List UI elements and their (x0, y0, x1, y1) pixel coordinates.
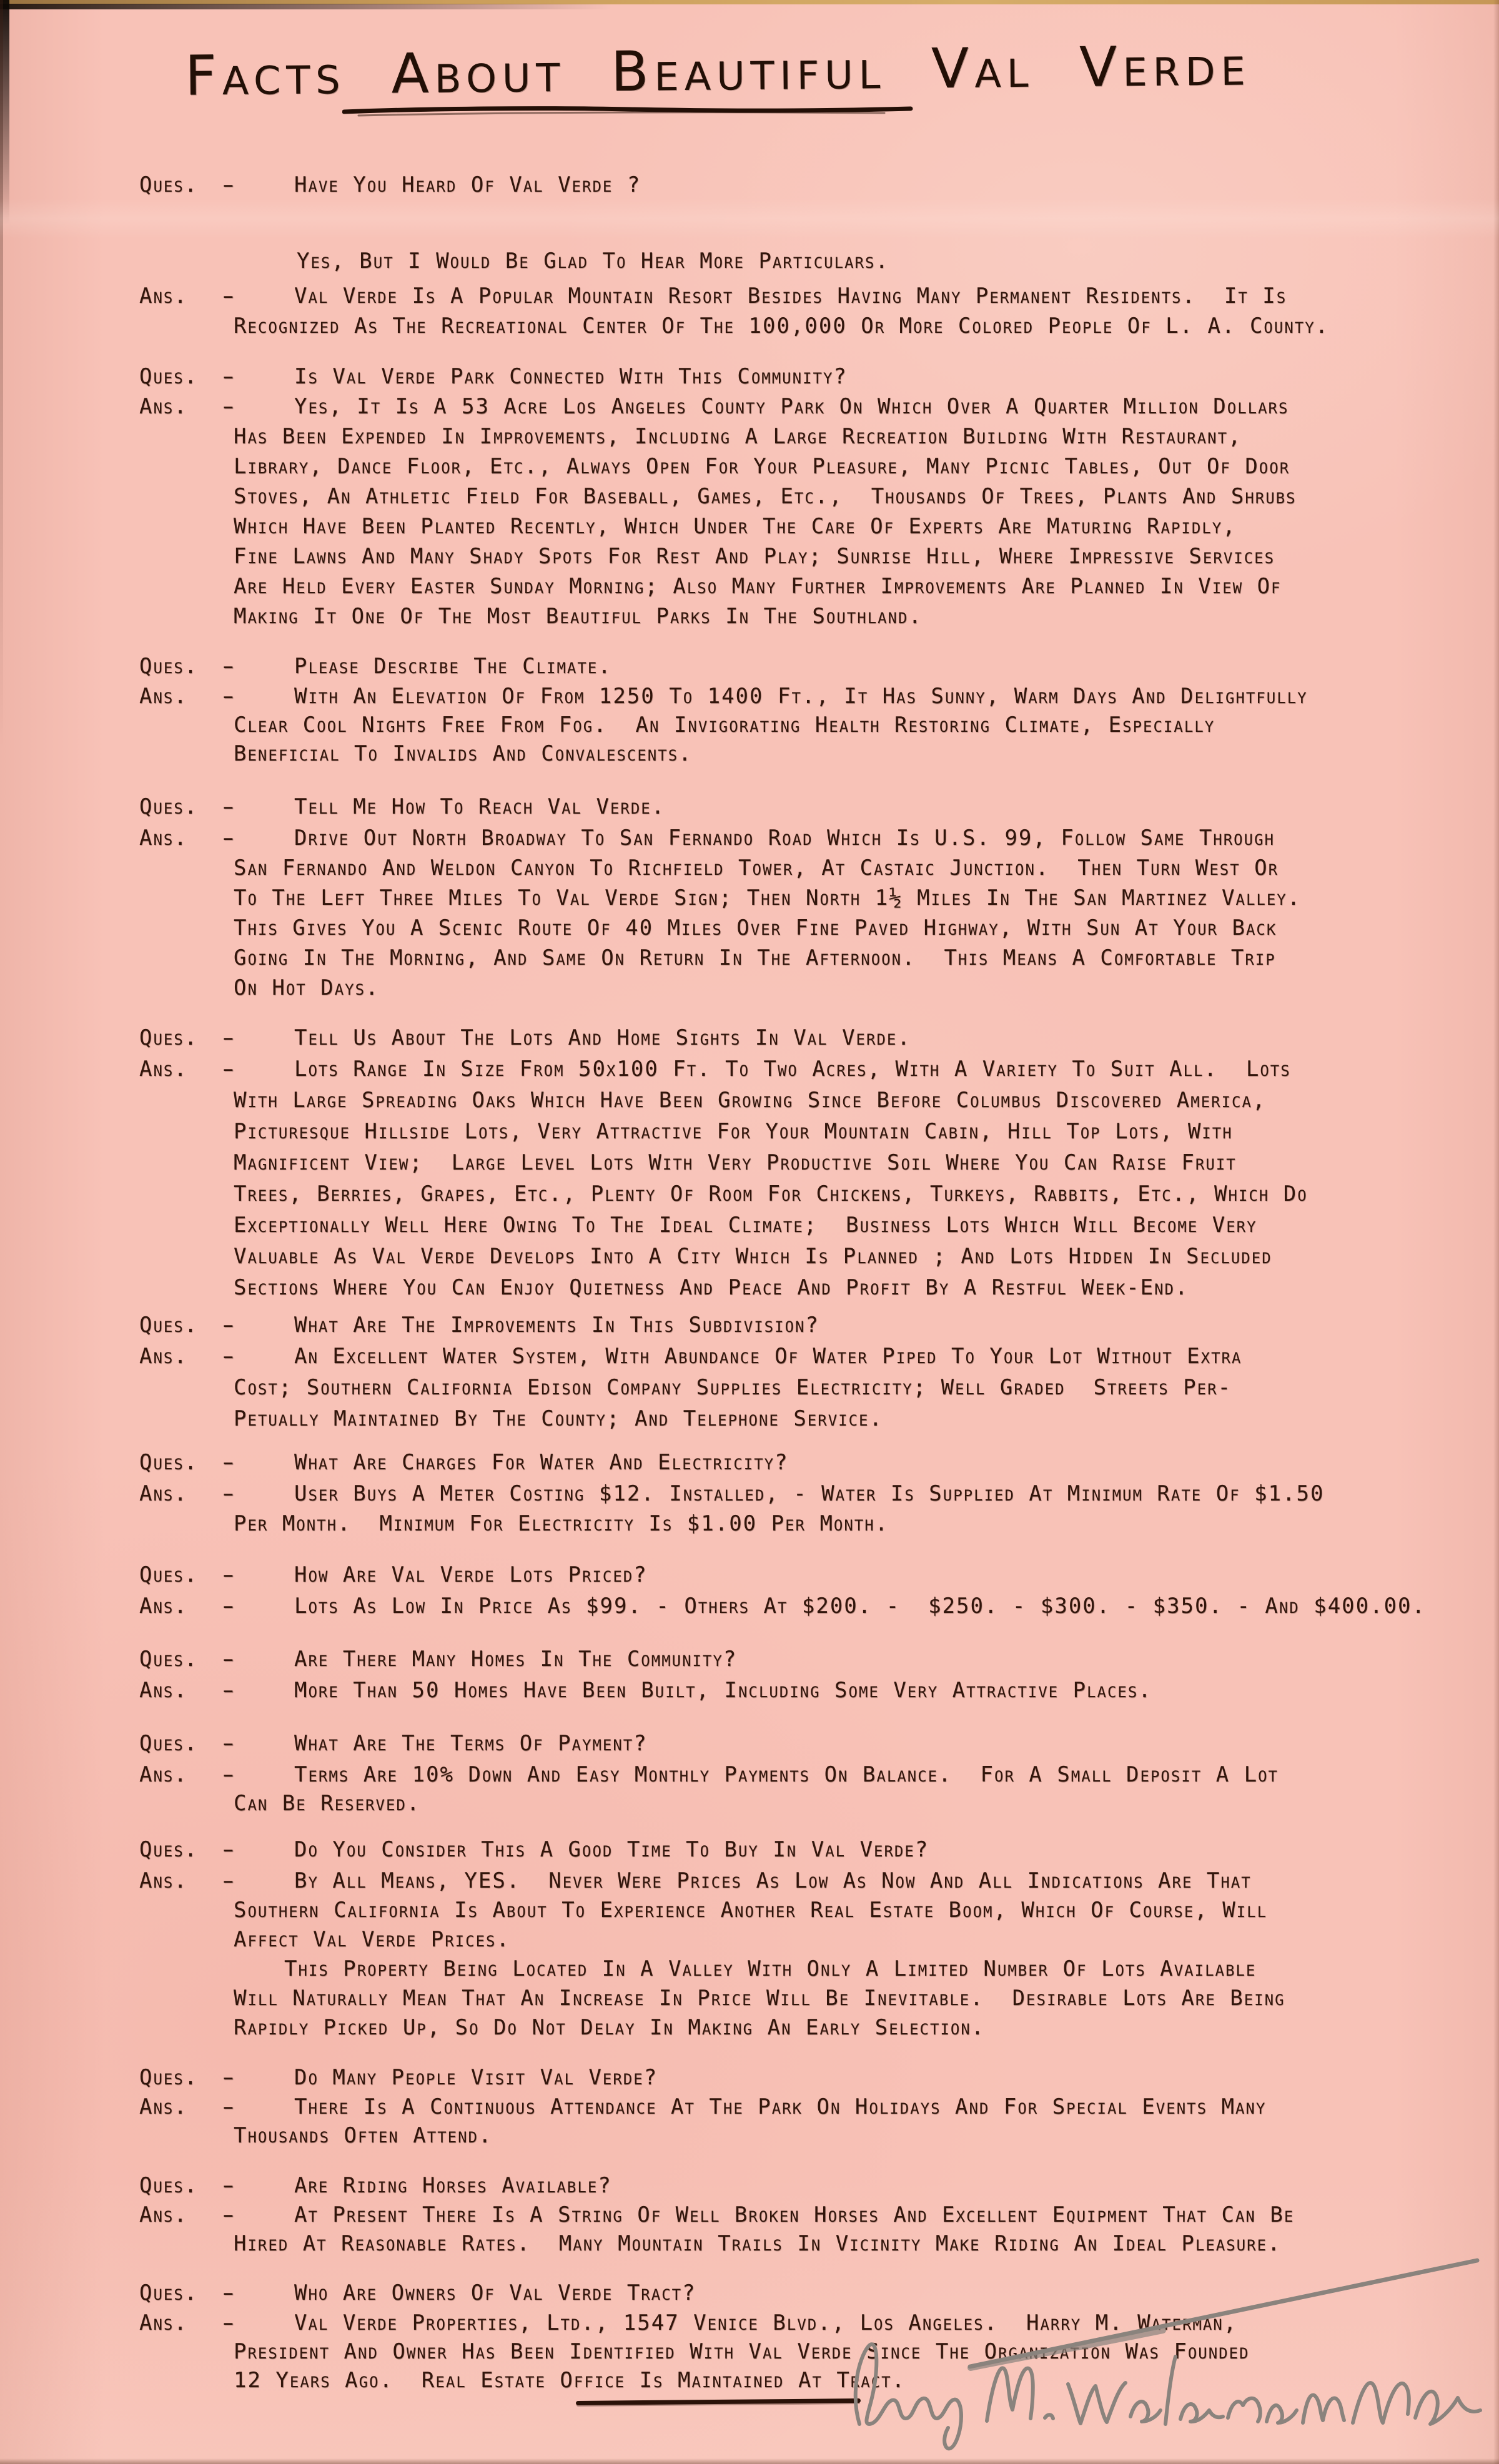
answer-text: Southern California Is About To Experien… (234, 1896, 1267, 1924)
typed-line: Will Naturally Mean That An Increase In … (0, 1984, 1499, 2014)
typed-line: Ans.-Terms Are 10% Down And Easy Monthly… (0, 1761, 1499, 1791)
typed-line: Per Month. Minimum For Electricity Is $1… (0, 1510, 1499, 1540)
typed-line: Cost; Southern California Edison Company… (0, 1374, 1499, 1404)
typed-line: Ques.-How Are Val Verde Lots Priced? (0, 1561, 1499, 1591)
answer-dash: - (218, 2201, 240, 2229)
question-label: Ques. (139, 793, 198, 821)
answer-text: Lots Range In Size From 50x100 Ft. To Tw… (294, 1055, 1291, 1083)
question-label: Ques. (139, 1561, 198, 1589)
answer-text: Valuable As Val Verde Develops Into A Ci… (234, 1243, 1272, 1270)
answer-label: Ans. (139, 1480, 188, 1507)
answer-text: Magnificent View; Large Level Lots With … (234, 1149, 1237, 1176)
answer-text: Will Naturally Mean That An Increase In … (234, 1984, 1285, 2012)
answer-text: Exceptionally Well Here Owing To The Ide… (234, 1211, 1257, 1239)
question-text: Please Describe The Climate. (294, 653, 612, 680)
typed-line: On Hot Days. (0, 974, 1499, 1004)
answer-text: Has Been Expended In Improvements, Inclu… (234, 423, 1242, 450)
answer-text: User Buys A Meter Costing $12. Installed… (294, 1480, 1324, 1507)
answer-text: San Fernando And Weldon Canyon To Richfi… (234, 854, 1279, 882)
question-dash: - (218, 1561, 240, 1589)
question-dash: - (218, 1449, 240, 1476)
question-label: Ques. (139, 2064, 198, 2091)
answer-dash: - (218, 2093, 240, 2121)
question-dash: - (218, 653, 240, 680)
question-label: Ques. (139, 2172, 198, 2199)
answer-text: Thousands Often Attend. (234, 2122, 492, 2149)
typed-line: Ans.-User Buys A Meter Costing $12. Inst… (0, 1480, 1499, 1510)
answer-text: Library, Dance Floor, Etc., Always Open … (234, 453, 1290, 480)
typed-line: Valuable As Val Verde Develops Into A Ci… (0, 1243, 1499, 1273)
answer-text: Clear Cool Nights Free From Fog. An Invi… (234, 711, 1215, 739)
typed-line: Are Held Every Easter Sunday Morning; Al… (0, 573, 1499, 603)
question-text: What Are Charges For Water And Electrici… (294, 1449, 789, 1476)
answer-text: Cost; Southern California Edison Company… (234, 1374, 1232, 1401)
typed-line: Ques.-Do Many People Visit Val Verde? (0, 2064, 1499, 2094)
answer-text: Per Month. Minimum For Electricity Is $1… (234, 1510, 889, 1537)
answer-text: Terms Are 10% Down And Easy Monthly Paym… (294, 1761, 1279, 1788)
typed-line: Making It One Of The Most Beautiful Park… (0, 603, 1499, 633)
answer-text: Fine Lawns And Many Shady Spots For Rest… (234, 543, 1275, 570)
typed-line: Ques.-Tell Us About The Lots And Home Si… (0, 1024, 1499, 1054)
answer-text: 12 Years Ago. Real Estate Office Is Main… (234, 2367, 906, 2394)
typed-line: Ques.-Tell Me How To Reach Val Verde. (0, 793, 1499, 823)
typed-line: This Property Being Located In A Valley … (0, 1955, 1499, 1985)
question-dash: - (218, 2172, 240, 2199)
scan-edge-top-dark (0, 4, 612, 9)
page-title: Facts About Beautiful Val Verde (185, 31, 1322, 110)
question-text: What Are The Terms Of Payment? (294, 1730, 648, 1757)
question-text: Do Many People Visit Val Verde? (294, 2064, 658, 2091)
answer-text: Yes, It Is A 53 Acre Los Angeles County … (294, 393, 1289, 420)
typed-line: Ans.-Drive Out North Broadway To San Fer… (0, 824, 1499, 854)
typed-line: Trees, Berries, Grapes, Etc., Plenty Of … (0, 1180, 1499, 1210)
question-dash: - (218, 1836, 240, 1863)
answer-label: Ans. (139, 393, 188, 420)
typed-line: Ques.-Do You Consider This A Good Time T… (0, 1836, 1499, 1866)
typed-line: Fine Lawns And Many Shady Spots For Rest… (0, 543, 1499, 573)
question-text: Are There Many Homes In The Community? (294, 1645, 737, 1673)
answer-text: There Is A Continuous Attendance At The … (294, 2093, 1266, 2121)
typed-line: Ans.-Yes, It Is A 53 Acre Los Angeles Co… (0, 393, 1499, 423)
typed-line: Ans.-With An Elevation Of From 1250 To 1… (0, 683, 1499, 712)
typed-line: Ques.-Are Riding Horses Available? (0, 2172, 1499, 2202)
answer-text: On Hot Days. (234, 974, 380, 1002)
answer-text: Rapidly Picked Up, So Do Not Delay In Ma… (234, 2014, 985, 2041)
question-text: Who Are Owners Of Val Verde Tract? (294, 2279, 696, 2307)
scan-light-band (0, 199, 1499, 239)
typed-line: Petually Maintained By The County; And T… (0, 1405, 1499, 1435)
answer-text: Petually Maintained By The County; And T… (234, 1405, 883, 1432)
document-page: Facts About Beautiful Val Verde Ques.-Ha… (0, 0, 1499, 2464)
question-label: Ques. (139, 1836, 198, 1863)
typed-line: Recognized As The Recreational Center Of… (0, 312, 1499, 342)
question-label: Ques. (139, 1449, 198, 1476)
question-dash: - (218, 1311, 240, 1339)
answer-text: Recognized As The Recreational Center Of… (234, 312, 1329, 340)
answer-text: By All Means, YES. Never Were Prices As … (294, 1867, 1252, 1895)
question-label: Ques. (139, 1024, 198, 1052)
typed-line: Ans.-Lots As Low In Price As $99. - Othe… (0, 1592, 1499, 1622)
answer-label: Ans. (139, 683, 188, 710)
answer-label: Ans. (139, 1343, 188, 1370)
question-text: Do You Consider This A Good Time To Buy … (294, 1836, 929, 1863)
typed-line: Ans.-Val Verde Is A Popular Mountain Res… (0, 282, 1499, 312)
answer-text: Trees, Berries, Grapes, Etc., Plenty Of … (234, 1180, 1308, 1208)
answer-text: More Than 50 Homes Have Been Built, Incl… (294, 1677, 1152, 1704)
typed-line: Stoves, An Athletic Field For Baseball, … (0, 483, 1499, 513)
question-label: Ques. (139, 653, 198, 680)
typed-line: Has Been Expended In Improvements, Inclu… (0, 423, 1499, 453)
typed-line: Ans.-At Present There Is A String Of Wel… (0, 2201, 1499, 2231)
typed-line: Sections Where You Can Enjoy Quietness A… (0, 1274, 1499, 1304)
question-dash: - (218, 1645, 240, 1673)
question-label: Ques. (139, 363, 198, 390)
answer-text: Lots As Low In Price As $99. - Others At… (294, 1592, 1426, 1620)
typed-line: Can Be Reserved. (0, 1790, 1499, 1820)
typed-line: Magnificent View; Large Level Lots With … (0, 1149, 1499, 1179)
typed-line: San Fernando And Weldon Canyon To Richfi… (0, 854, 1499, 884)
answer-dash: - (218, 393, 240, 420)
answer-text: Stoves, An Athletic Field For Baseball, … (234, 483, 1297, 510)
answer-label: Ans. (139, 2309, 188, 2337)
answer-dash: - (218, 1761, 240, 1788)
answer-text: Making It One Of The Most Beautiful Park… (234, 603, 923, 630)
answer-text: Going In The Morning, And Same On Return… (234, 944, 1276, 972)
typed-line: Thousands Often Attend. (0, 2122, 1499, 2152)
typed-line: Ans.-Lots Range In Size From 50x100 Ft. … (0, 1055, 1499, 1085)
answer-text: Drive Out North Broadway To San Fernando… (294, 824, 1275, 852)
answer-text: To The Left Three Miles To Val Verde Sig… (234, 884, 1301, 912)
typed-line: Ques.-What Are The Terms Of Payment? (0, 1730, 1499, 1760)
answer-text: Are Held Every Easter Sunday Morning; Al… (234, 573, 1282, 600)
question-label: Ques. (139, 2279, 198, 2307)
typed-line: Ans.-An Excellent Water System, With Abu… (0, 1343, 1499, 1372)
answer-text: This Gives You A Scenic Route Of 40 Mile… (234, 914, 1277, 942)
answer-dash: - (218, 1480, 240, 1507)
typed-line: Exceptionally Well Here Owing To The Ide… (0, 1211, 1499, 1241)
answer-text: Affect Val Verde Prices. (234, 1926, 510, 1953)
title-underline (342, 105, 914, 119)
answer-text: Sections Where You Can Enjoy Quietness A… (234, 1274, 1189, 1301)
typed-line: Ans.-More Than 50 Homes Have Been Built,… (0, 1677, 1499, 1707)
typed-line: Going In The Morning, And Same On Return… (0, 944, 1499, 974)
question-label: Ques. (139, 171, 198, 199)
typed-line: To The Left Three Miles To Val Verde Sig… (0, 884, 1499, 914)
answer-label: Ans. (139, 1055, 188, 1083)
answer-label: Ans. (139, 1677, 188, 1704)
question-dash: - (218, 1024, 240, 1052)
typed-line: Ques.-What Are Charges For Water And Ele… (0, 1449, 1499, 1479)
typed-line: Ques.-Please Describe The Climate. (0, 653, 1499, 683)
question-text: Are Riding Horses Available? (294, 2172, 612, 2199)
question-label: Ques. (139, 1311, 198, 1339)
question-dash: - (218, 2064, 240, 2091)
question-text: What Are The Improvements In This Subdiv… (294, 1311, 819, 1339)
typed-line: Affect Val Verde Prices. (0, 1926, 1499, 1956)
answer-label: Ans. (139, 824, 188, 852)
answer-text: Val Verde Is A Popular Mountain Resort B… (294, 282, 1287, 310)
answer-dash: - (218, 824, 240, 852)
typed-line: Ans.-There Is A Continuous Attendance At… (0, 2093, 1499, 2123)
answer-dash: - (218, 683, 240, 710)
question-text: How Are Val Verde Lots Priced? (294, 1561, 648, 1589)
answer-dash: - (218, 1867, 240, 1895)
answer-dash: - (218, 1677, 240, 1704)
typed-line: Picturesque Hillside Lots, Very Attracti… (0, 1118, 1499, 1148)
answer-dash: - (218, 2309, 240, 2337)
question-text: Have You Heard Of Val Verde ? (294, 171, 641, 199)
typed-line: Library, Dance Floor, Etc., Always Open … (0, 453, 1499, 483)
question-text: Is Val Verde Park Connected With This Co… (294, 363, 848, 390)
answer-label: Ans. (139, 1761, 188, 1788)
question-dash: - (218, 2279, 240, 2307)
signature-handwriting (823, 2237, 1493, 2462)
question-text: Tell Us About The Lots And Home Sights I… (294, 1024, 911, 1052)
answer-text: Picturesque Hillside Lots, Very Attracti… (234, 1118, 1233, 1145)
typed-divider-rule (576, 2398, 861, 2405)
answer-label: Ans. (139, 1867, 188, 1895)
interjection-text: Yes, But I Would Be Glad To Hear More Pa… (297, 247, 889, 275)
typed-line: Which Have Been Planted Recently, Which … (0, 513, 1499, 543)
typed-line: Beneficial To Invalids And Convalescents… (0, 740, 1499, 770)
answer-text: Beneficial To Invalids And Convalescents… (234, 740, 693, 767)
question-dash: - (218, 793, 240, 821)
answer-text: With Large Spreading Oaks Which Have Bee… (234, 1087, 1266, 1114)
answer-text: Which Have Been Planted Recently, Which … (234, 513, 1237, 540)
answer-label: Ans. (139, 1592, 188, 1620)
question-dash: - (218, 363, 240, 390)
answer-dash: - (218, 1055, 240, 1083)
typed-line: Ques.-What Are The Improvements In This … (0, 1311, 1499, 1341)
answer-dash: - (218, 1592, 240, 1620)
answer-text: An Excellent Water System, With Abundanc… (294, 1343, 1242, 1370)
answer-text: At Present There Is A String Of Well Bro… (294, 2201, 1294, 2229)
typed-line: Ans.-By All Means, YES. Never Were Price… (0, 1867, 1499, 1897)
typed-line: Ques.-Is Val Verde Park Connected With T… (0, 363, 1499, 393)
typed-line: Yes, But I Would Be Glad To Hear More Pa… (0, 247, 1499, 277)
question-text: Tell Me How To Reach Val Verde. (294, 793, 665, 821)
answer-text: With An Elevation Of From 1250 To 1400 F… (294, 683, 1308, 710)
typed-line: Southern California Is About To Experien… (0, 1896, 1499, 1926)
answer-text: Can Be Reserved. (234, 1790, 420, 1817)
answer-label: Ans. (139, 2201, 188, 2229)
answer-dash: - (218, 1343, 240, 1370)
question-dash: - (218, 1730, 240, 1757)
question-label: Ques. (139, 1645, 198, 1673)
typed-line: Rapidly Picked Up, So Do Not Delay In Ma… (0, 2014, 1499, 2044)
question-dash: - (218, 171, 240, 199)
answer-dash: - (218, 282, 240, 310)
typed-line: Clear Cool Nights Free From Fog. An Invi… (0, 711, 1499, 741)
typed-line: Ques.-Are There Many Homes In The Commun… (0, 1645, 1499, 1675)
typed-line: This Gives You A Scenic Route Of 40 Mile… (0, 914, 1499, 944)
typed-line: Ques.-Have You Heard Of Val Verde ? (0, 171, 1499, 201)
answer-text: This Property Being Located In A Valley … (284, 1955, 1256, 1983)
typed-line: With Large Spreading Oaks Which Have Bee… (0, 1087, 1499, 1116)
answer-label: Ans. (139, 2093, 188, 2121)
answer-label: Ans. (139, 282, 188, 310)
question-label: Ques. (139, 1730, 198, 1757)
